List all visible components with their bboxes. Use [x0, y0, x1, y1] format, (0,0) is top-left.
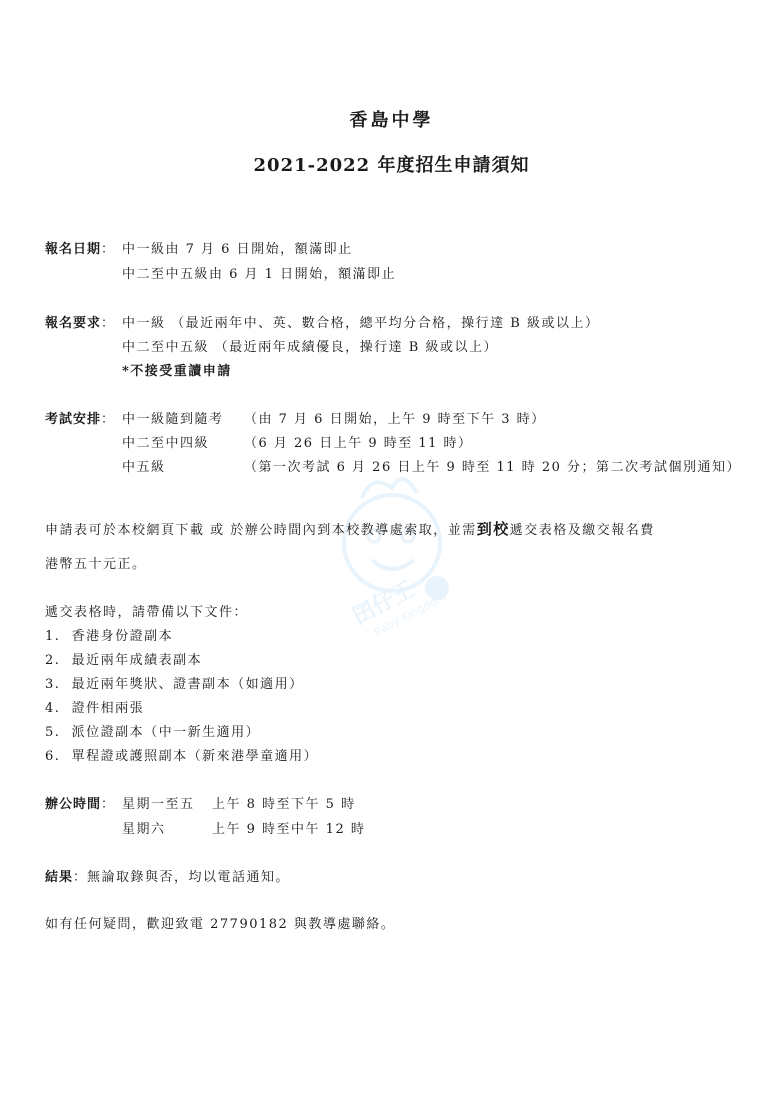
office-time: 上午 9 時至中午 12 時 [212, 818, 365, 837]
colon: ： [101, 412, 115, 427]
requirement-grade: 中一級 [122, 316, 166, 331]
item-text: 最近兩年成績表副本 [72, 653, 203, 668]
item-number: 6. [45, 749, 60, 764]
item-text: 香港身份證副本 [72, 629, 174, 644]
item-text: 派位證副本（中一新生適用） [72, 725, 261, 740]
item-number: 3. [45, 677, 60, 692]
exam-detail: （第一次考試 6 月 26 日上午 9 時至 11 時 20 分；第二次考試個別… [244, 456, 741, 475]
document-item: 1. 香港身份證副本 [45, 625, 173, 644]
section-label: 報名要求 [45, 316, 101, 331]
item-text: 最近兩年獎狀、證書副本（如適用） [72, 677, 304, 692]
watermark-chinese-text: 囝仔王 [347, 572, 420, 630]
colon: ： [101, 316, 115, 331]
requirement-line: 中一級 （最近兩年中、英、數合格，總平均分合格，操行達 B 級或以上） [122, 312, 599, 331]
requirement-detail: （最近兩年成績優良，操行達 B 級或以上） [215, 340, 498, 355]
document-item: 5. 派位證副本（中一新生適用） [45, 721, 260, 740]
section-label: 結果 [45, 870, 73, 885]
item-number: 5. [45, 725, 60, 740]
item-text: 單程證或護照副本（新來港學童適用） [72, 749, 319, 764]
application-fee-line: 港幣五十元正。 [45, 553, 147, 572]
school-name: 香島中學 [0, 106, 783, 132]
application-text: 申請表可於本校網頁下載 或 於辦公時間內到本校教導處索取，並需 [45, 523, 477, 538]
exam-grade: 中二至中四級 [122, 432, 209, 451]
requirement-grade: 中二至中五級 [122, 340, 209, 355]
item-number: 1. [45, 629, 60, 644]
contact-line: 如有任何疑問，歡迎致電 27790182 與教導處聯絡。 [45, 913, 395, 932]
requirement-line: 中二至中五級 （最近兩年成績優良，操行達 B 級或以上） [122, 336, 498, 355]
application-emphasis: 到校 [477, 520, 510, 538]
document-item: 6. 單程證或護照副本（新來港學童適用） [45, 745, 318, 764]
office-time: 上午 8 時至下午 5 時 [212, 793, 356, 812]
watermark-logo: 囝仔王 Baby Kingdom [322, 468, 462, 628]
exam-detail: （由 7 月 6 日開始，上午 9 時至下午 3 時） [244, 408, 546, 427]
colon: ： [101, 797, 115, 812]
office-day: 星期六 [122, 818, 166, 837]
document-page: 囝仔王 Baby Kingdom 香島中學 2021-2022 年度招生申請須知… [0, 0, 783, 1115]
document-item: 4. 證件相兩張 [45, 697, 144, 716]
document-item: 3. 最近兩年獎狀、證書副本（如適用） [45, 673, 304, 692]
document-item: 2. 最近兩年成績表副本 [45, 649, 202, 668]
documents-intro: 遞交表格時，請帶備以下文件： [45, 601, 248, 620]
exam-grade: 中一級隨到隨考 [122, 408, 224, 427]
application-form-line: 申請表可於本校網頁下載 或 於辦公時間內到本校教導處索取，並需到校遞交表格及繳交… [45, 518, 655, 539]
baby-face-icon [322, 468, 462, 628]
office-day: 星期一至五 [122, 793, 195, 812]
section-label: 辦公時間 [45, 797, 101, 812]
section-label: 報名日期 [45, 242, 101, 257]
watermark-english-text: Baby Kingdom [372, 590, 449, 639]
requirement-detail: （最近兩年中、英、數合格，總平均分合格，操行達 B 級或以上） [171, 316, 599, 331]
result-text: 無論取錄與否，均以電話通知。 [87, 870, 290, 885]
section-label: 考試安排 [45, 412, 101, 427]
exam-detail: （6 月 26 日上午 9 時至 11 時） [244, 432, 473, 451]
colon: ： [101, 242, 115, 257]
colon: ： [73, 870, 87, 885]
registration-date-line: 中一級由 7 月 6 日開始，額滿即止 [122, 238, 353, 257]
registration-date-line: 中二至中五級由 6 月 1 日開始，額滿即止 [122, 263, 396, 282]
item-text: 證件相兩張 [72, 701, 145, 716]
exam-grade: 中五級 [122, 456, 166, 475]
application-text: 遞交表格及繳交報名費 [510, 523, 655, 538]
document-title: 2021-2022 年度招生申請須知 [0, 151, 783, 177]
requirement-note: *不接受重讀申請 [122, 360, 232, 379]
item-number: 2. [45, 653, 60, 668]
item-number: 4. [45, 701, 60, 716]
